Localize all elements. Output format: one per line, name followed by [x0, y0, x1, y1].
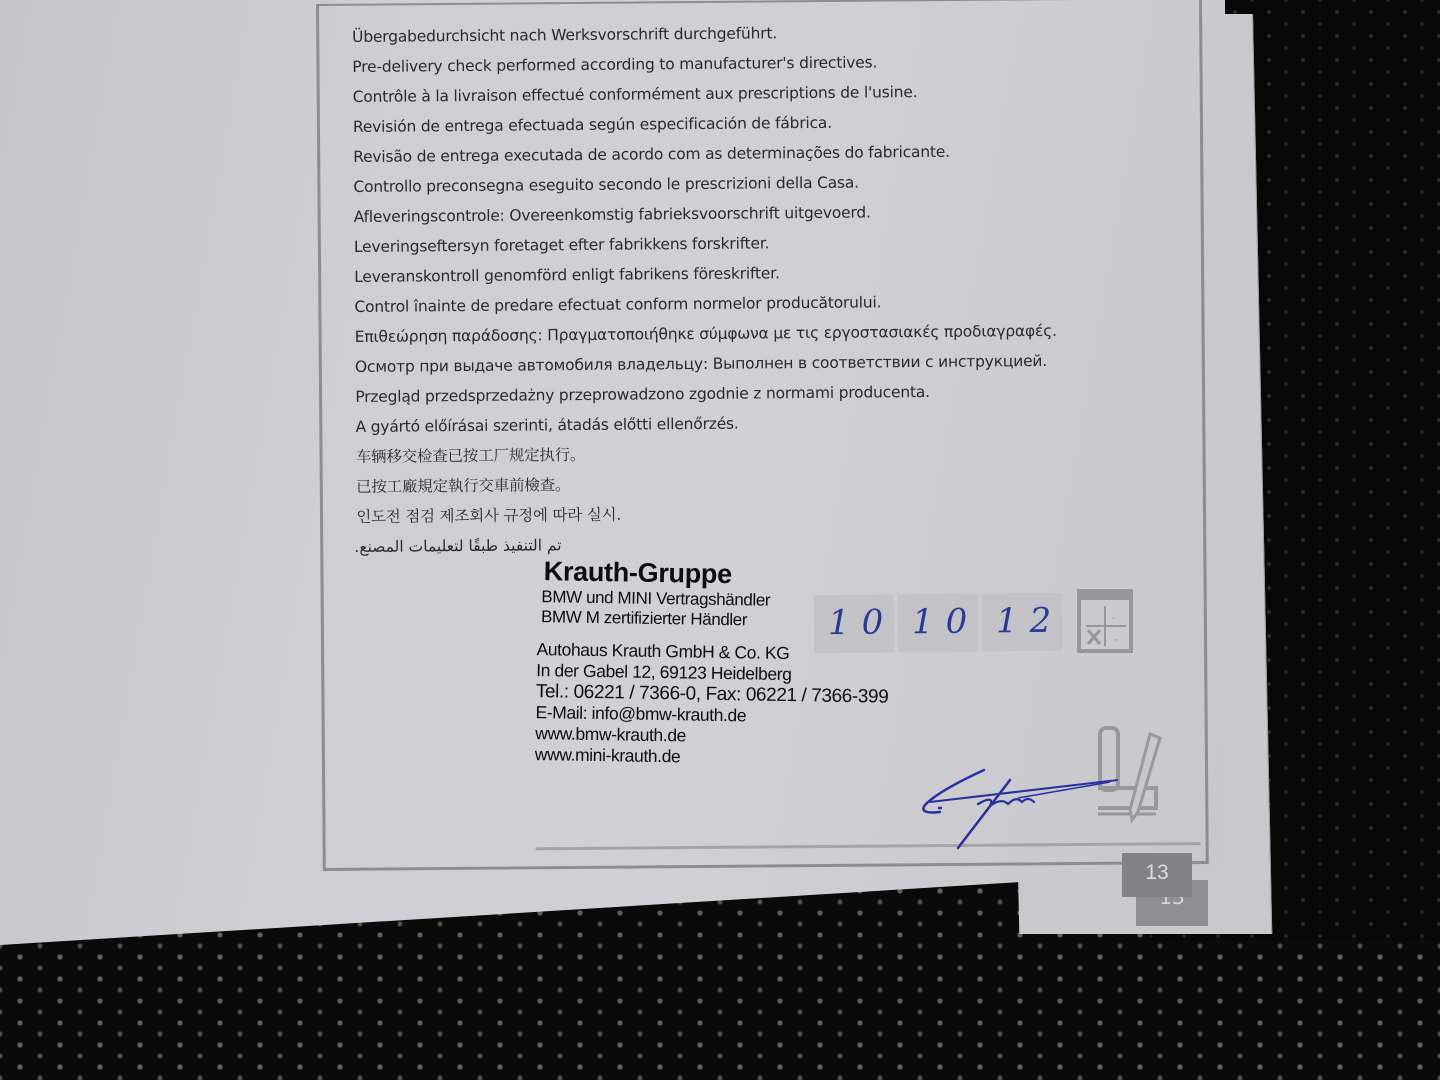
dealer-address-block: Autohaus Krauth GmbH & Co. KG In der Gab…: [535, 639, 951, 771]
date-month: 10: [912, 602, 980, 643]
date-day: 10: [828, 602, 896, 643]
date-month-field: 10: [898, 594, 979, 653]
statement-ko: 인도전 점검 제조회사 규정에 따라 실시.: [356, 495, 1116, 532]
date-fields: 10 10 12: [814, 593, 1063, 658]
statement-ar: تم التنفيذ طبقًا لتعليمات المصنع.: [356, 530, 561, 562]
svg-text:": ": [1112, 616, 1115, 624]
dealer-stamp: Krauth-Gruppe BMW und MINI Vertragshändl…: [529, 556, 952, 772]
date-day-field: 10: [814, 594, 895, 653]
date-year: 12: [996, 601, 1064, 642]
calendar-icon: " ": [1076, 588, 1134, 654]
svg-text:": ": [1114, 638, 1117, 646]
date-year-field: 12: [982, 593, 1063, 652]
statement-list: Übergabedurchsicht nach Werksvorschrift …: [352, 15, 1117, 562]
handwritten-signature: [918, 768, 1118, 858]
page-number: 13: [1122, 853, 1192, 897]
